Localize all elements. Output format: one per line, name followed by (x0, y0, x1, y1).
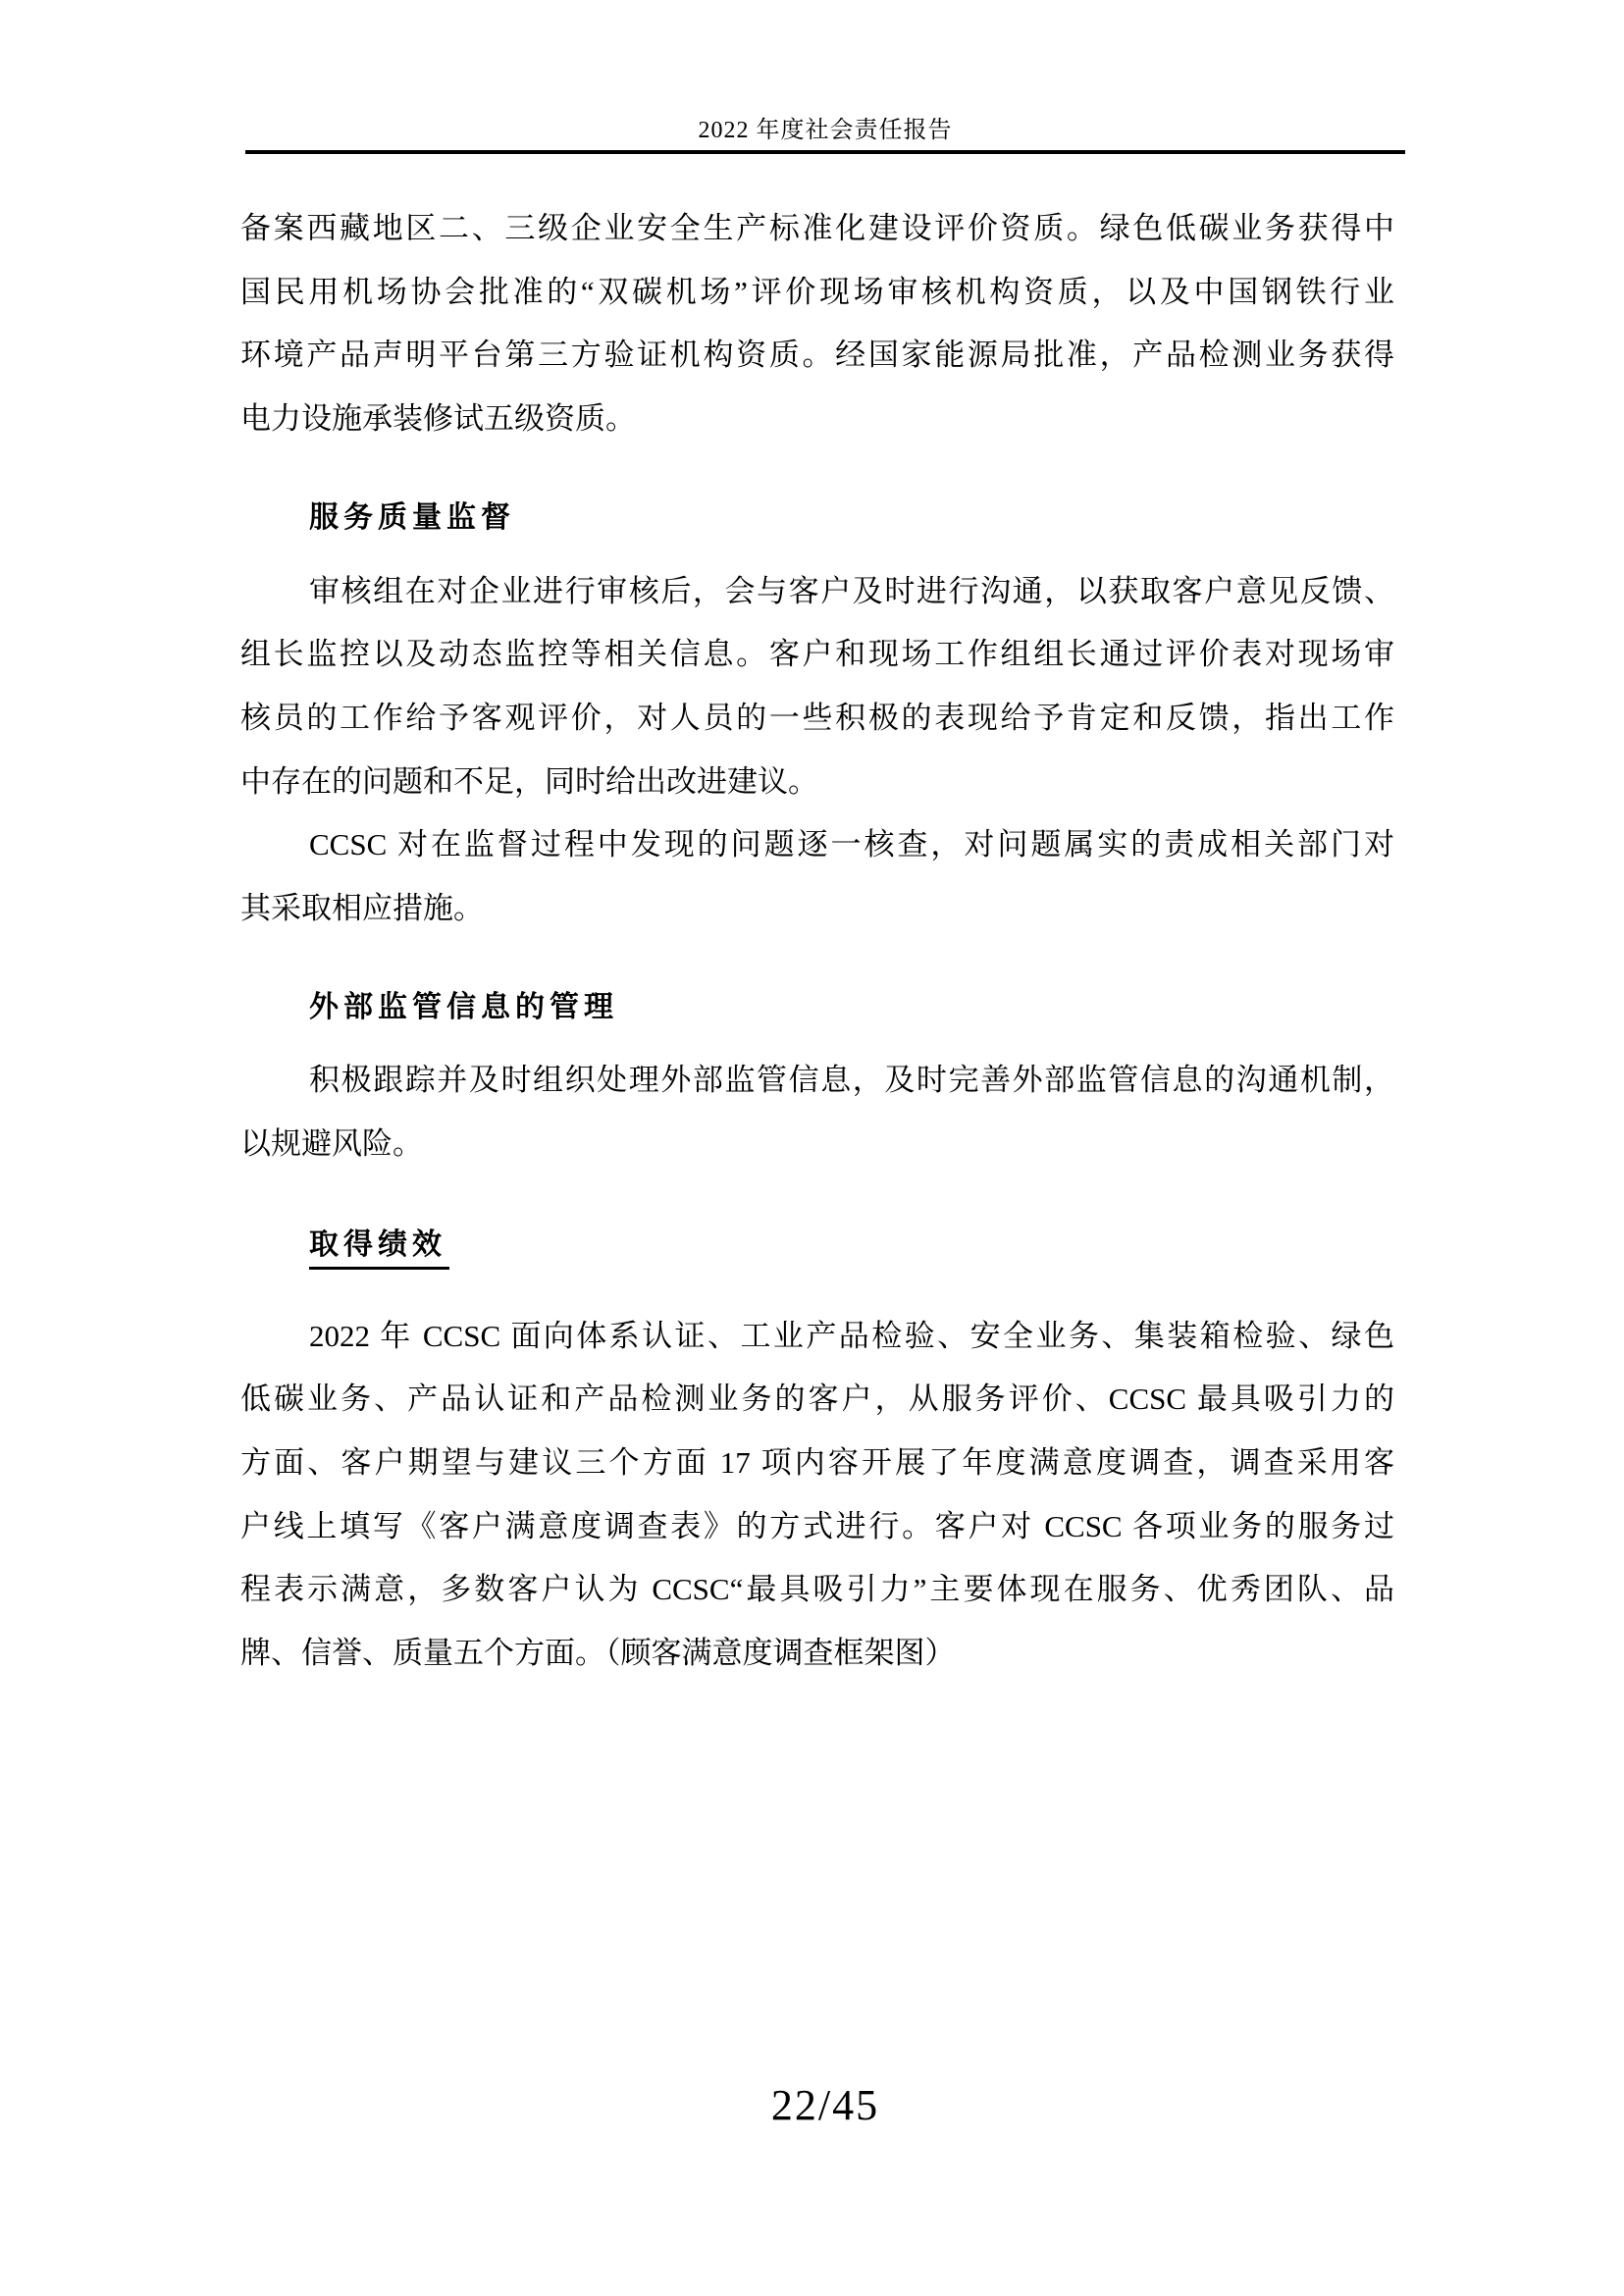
text-line: 中存在的问题和不足，同时给出改进建议。 (240, 751, 1394, 814)
text-line: 程表示满意，多数客户认为 CCSC“最具吸引力”主要体现在服务、优秀团队、品 (240, 1558, 1394, 1622)
text-line: 核员的工作给予客观评价，对人员的一些积极的表现给予肯定和反馈，指出工作 (240, 687, 1394, 751)
paragraph-audit-feedback: 审核组在对企业进行审核后，会与客户及时进行沟通，以获取客户意见反馈、 组长监控以… (240, 560, 1394, 814)
text-line: 方面、客户期望与建议三个方面 17 项内容开展了年度满意度调查，调查采用客 (240, 1432, 1394, 1495)
report-page: 2022 年度社会责任报告 备案西藏地区二、三级企业安全生产标准化建设评价资质。… (0, 0, 1624, 2296)
page-number: 22/45 (245, 2080, 1405, 2130)
text-line: 牌、信誉、质量五个方面。（顾客满意度调查框架图） (240, 1622, 1394, 1686)
paragraph-ccsc-verification: CCSC 对在监督过程中发现的问题逐一核查，对问题属实的责成相关部门对 其采取相… (240, 813, 1394, 940)
text-line: 以规避风险。 (240, 1113, 1394, 1176)
heading-external-regulation: 外部监管信息的管理 (309, 976, 1394, 1040)
text-line: 其采取相应措施。 (240, 877, 1394, 941)
paragraph-external-regulation: 积极跟踪并及时组织处理外部监管信息，及时完善外部监管信息的沟通机制， 以规避风险… (240, 1049, 1394, 1175)
text-line: 低碳业务、产品认证和产品检测业务的客户，从服务评价、CCSC 最具吸引力的 (240, 1368, 1394, 1432)
paragraph-certifications: 备案西藏地区二、三级企业安全生产标准化建设评价资质。绿色低碳业务获得中 国民用机… (240, 197, 1394, 451)
text-line: 审核组在对企业进行审核后，会与客户及时进行沟通，以获取客户意见反馈、 (240, 560, 1394, 624)
text-line: 户线上填写《客户满意度调查表》的方式进行。客户对 CCSC 各项业务的服务过 (240, 1495, 1394, 1559)
document-body: 备案西藏地区二、三级企业安全生产标准化建设评价资质。绿色低碳业务获得中 国民用机… (240, 197, 1394, 1686)
text-line: CCSC 对在监督过程中发现的问题逐一核查，对问题属实的责成相关部门对 (240, 813, 1394, 877)
text-line: 国民用机场协会批准的“双碳机场”评价现场审核机构资质，以及中国钢铁行业 (240, 261, 1394, 325)
text-line: 电力设施承装修试五级资质。 (240, 388, 1394, 451)
text-line: 2022 年 CCSC 面向体系认证、工业产品检验、安全业务、集装箱检验、绿色 (240, 1305, 1394, 1369)
heading-achievements-label: 取得绩效 (309, 1226, 449, 1270)
paragraph-satisfaction-survey: 2022 年 CCSC 面向体系认证、工业产品检验、安全业务、集装箱检验、绿色 … (240, 1305, 1394, 1686)
text-line: 积极跟踪并及时组织处理外部监管信息，及时完善外部监管信息的沟通机制， (240, 1049, 1394, 1113)
text-line: 备案西藏地区二、三级企业安全生产标准化建设评价资质。绿色低碳业务获得中 (240, 197, 1394, 261)
text-line: 环境产品声明平台第三方验证机构资质。经国家能源局批准，产品检测业务获得 (240, 324, 1394, 388)
report-header-title: 2022 年度社会责任报告 (245, 114, 1405, 147)
header-divider-rule (245, 150, 1405, 154)
heading-achievements: 取得绩效 (309, 1214, 1394, 1278)
text-line: 组长监控以及动态监控等相关信息。客户和现场工作组组长通过评价表对现场审 (240, 623, 1394, 687)
heading-service-quality: 服务质量监督 (309, 487, 1394, 550)
